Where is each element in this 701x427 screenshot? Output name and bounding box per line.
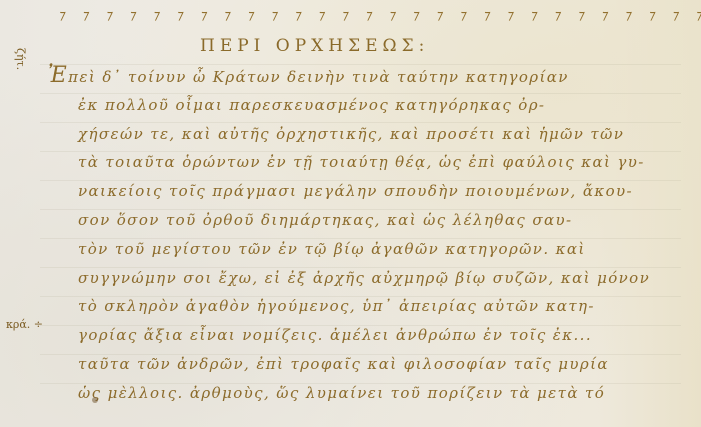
text-block: Ἐπεὶ δ᾽ τοίνυν ὦ Κράτων δεινὴν τινὰ ταύτ… xyxy=(48,62,688,408)
text-line: ἐκ πολλοῦ οἶμαι παρεσκευασμένος κατηγόρη… xyxy=(48,91,688,120)
text-line: ταῦτα τῶν ἀνδρῶν, ἐπὶ τροφαῖς καὶ φιλοσο… xyxy=(48,350,688,379)
ink-stain xyxy=(92,397,98,403)
margin-note-kraton: κρά. ÷ xyxy=(6,318,43,331)
text-line: ναικείοις τοῖς πράγμασι μεγάλην σπουδὴν … xyxy=(48,177,688,206)
margin-note-zetei: ζήτ. xyxy=(14,48,27,70)
text-line: σον ὅσον τοῦ ὀρθοῦ διημάρτηκας, καὶ ὡς λ… xyxy=(48,206,688,235)
text-line: τὸν τοῦ μεγίστου τῶν ἐν τῷ βίῳ ἀγαθῶν κα… xyxy=(48,235,688,264)
text-line: συγγνώμην σοι ἔχω, εἰ ἐξ ἀρχῆς αὐχμηρῷ β… xyxy=(48,264,688,293)
text-line: Ἐπεὶ δ᾽ τοίνυν ὦ Κράτων δεινὴν τινὰ ταύτ… xyxy=(48,62,688,91)
text-line: τὰ τοιαῦτα ὁρώντων ἐν τῇ τοιαύτῃ θέᾳ, ὡς… xyxy=(48,148,688,177)
text-line: τὸ σκληρὸν ἀγαθὸν ἡγούμενος, ὑπ᾽ ἀπειρία… xyxy=(48,292,688,321)
text-line: γορίας ἄξια εἶναι νομίζεις. ἀμέλει ἀνθρώ… xyxy=(48,321,688,350)
header-ornament: ⁊ ⁊ ⁊ ⁊ ⁊ ⁊ ⁊ ⁊ ⁊ ⁊ ⁊ ⁊ ⁊ ⁊ ⁊ ⁊ ⁊ ⁊ ⁊ ⁊ … xyxy=(58,8,698,22)
manuscript-page: ⁊ ⁊ ⁊ ⁊ ⁊ ⁊ ⁊ ⁊ ⁊ ⁊ ⁊ ⁊ ⁊ ⁊ ⁊ ⁊ ⁊ ⁊ ⁊ ⁊ … xyxy=(0,0,701,427)
text-line: χήσεών τε, καὶ αὐτῆς ὀρχηστικῆς, καὶ προ… xyxy=(48,120,688,149)
text-line: ὡς μὲλλοις. ἀρθμοὺς, ὥς λυμαίνει τοῦ πορ… xyxy=(48,379,688,408)
section-title: ΠΕΡΙ ΟΡΧΗΣΕΩΣ: xyxy=(200,36,429,56)
